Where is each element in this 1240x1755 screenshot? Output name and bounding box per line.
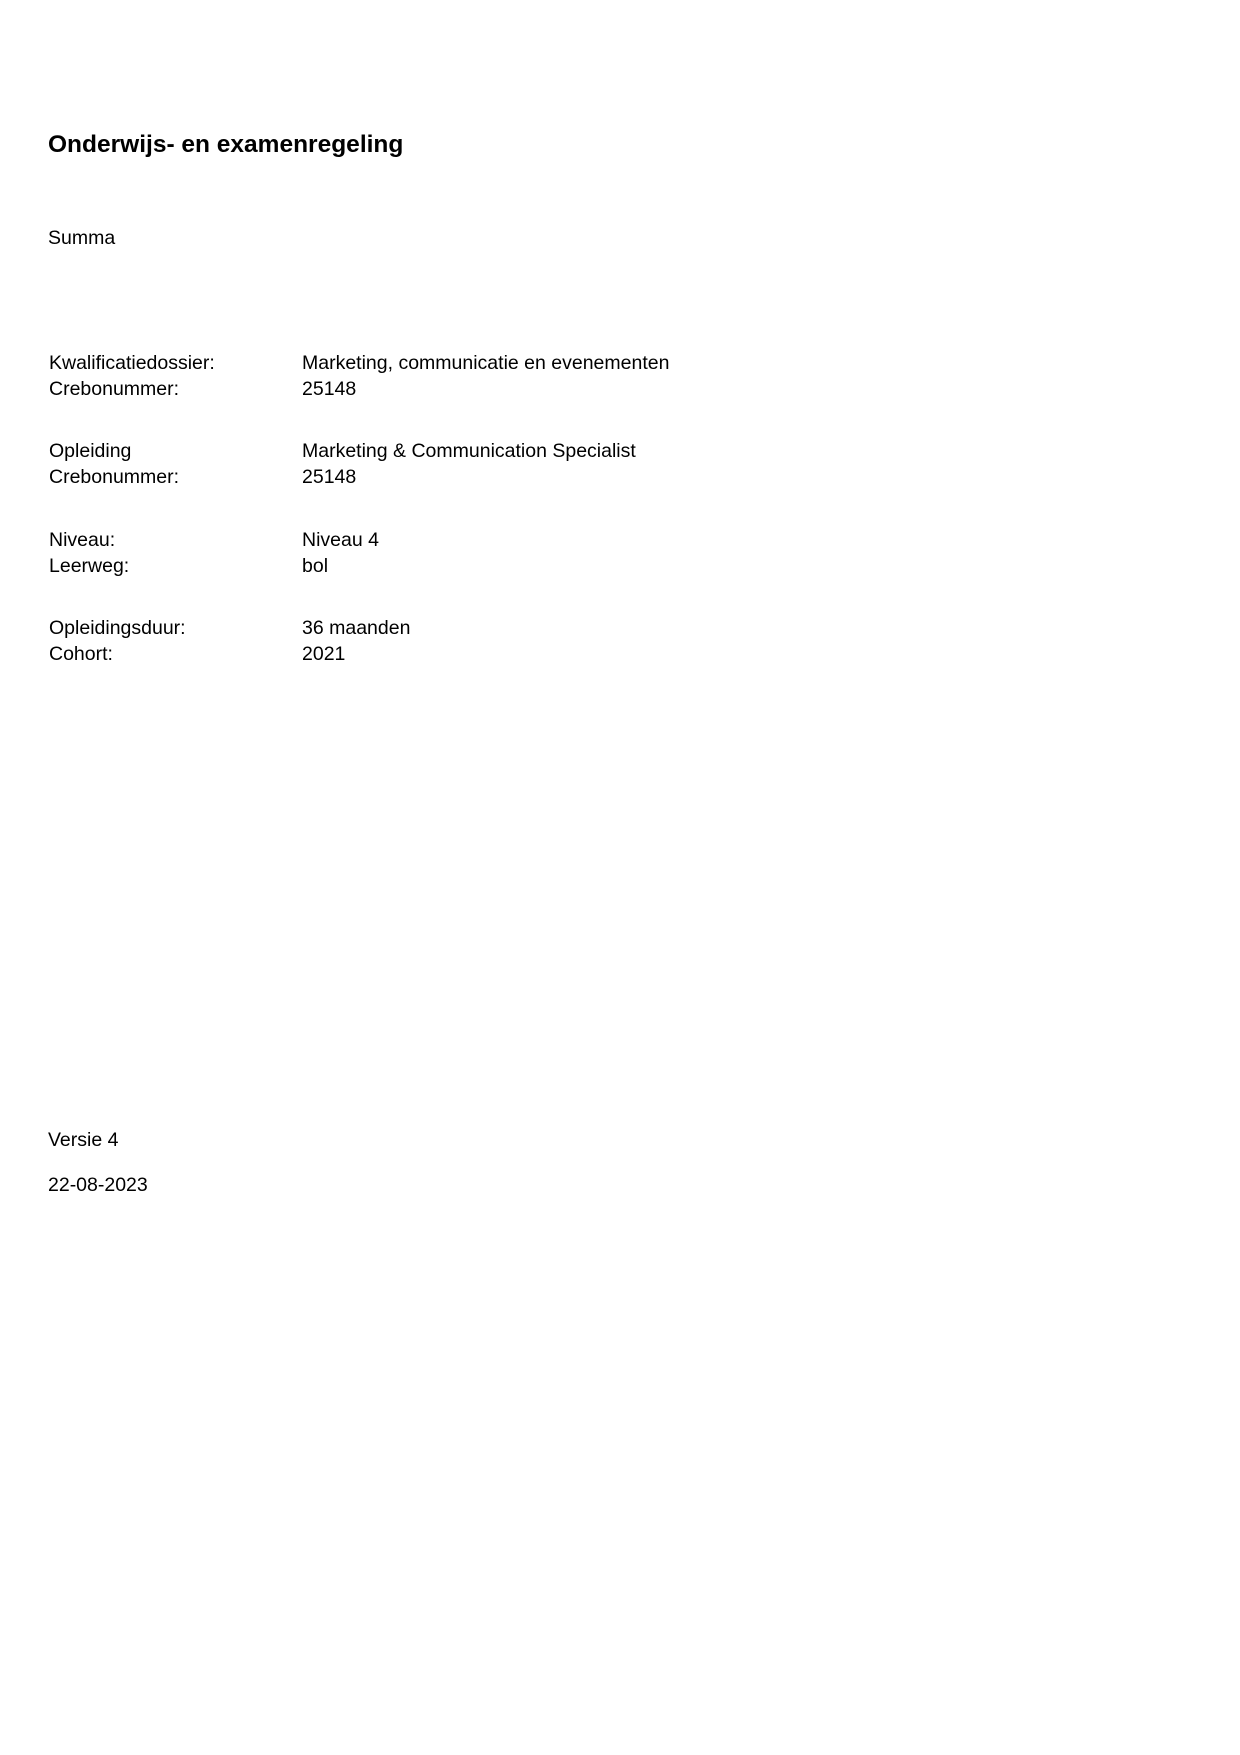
info-row: Kwalificatiedossier: Marketing, communic…	[49, 350, 849, 376]
version-label: Versie 4	[48, 1128, 118, 1152]
info-label: Opleidingsduur:	[49, 615, 302, 641]
info-value: 25148	[302, 464, 356, 490]
info-value: 25148	[302, 376, 356, 402]
organization-name: Summa	[48, 226, 115, 250]
info-row: Crebonummer: 25148	[49, 376, 849, 402]
info-label: Opleiding	[49, 438, 302, 464]
info-value: Marketing & Communication Specialist	[302, 438, 636, 464]
info-group-program: Opleiding Marketing & Communication Spec…	[49, 438, 849, 490]
info-label: Cohort:	[49, 641, 302, 667]
info-label: Crebonummer:	[49, 376, 302, 402]
info-row: Cohort: 2021	[49, 641, 849, 667]
info-label: Leerweg:	[49, 553, 302, 579]
info-label: Crebonummer:	[49, 464, 302, 490]
info-value: Niveau 4	[302, 527, 379, 553]
info-value: bol	[302, 553, 328, 579]
info-row: Crebonummer: 25148	[49, 464, 849, 490]
info-group-level: Niveau: Niveau 4 Leerweg: bol	[49, 527, 849, 579]
info-row: Leerweg: bol	[49, 553, 849, 579]
info-row: Opleidingsduur: 36 maanden	[49, 615, 849, 641]
info-value: 36 maanden	[302, 615, 410, 641]
page-title: Onderwijs- en examenregeling	[48, 130, 403, 160]
info-value: Marketing, communicatie en evenementen	[302, 350, 669, 376]
info-group-qualification: Kwalificatiedossier: Marketing, communic…	[49, 350, 849, 402]
info-row: Opleiding Marketing & Communication Spec…	[49, 438, 849, 464]
info-row: Niveau: Niveau 4	[49, 527, 849, 553]
info-value: 2021	[302, 641, 345, 667]
document-date: 22-08-2023	[48, 1173, 148, 1197]
info-label: Kwalificatiedossier:	[49, 350, 302, 376]
info-group-duration: Opleidingsduur: 36 maanden Cohort: 2021	[49, 615, 849, 667]
info-label: Niveau:	[49, 527, 302, 553]
